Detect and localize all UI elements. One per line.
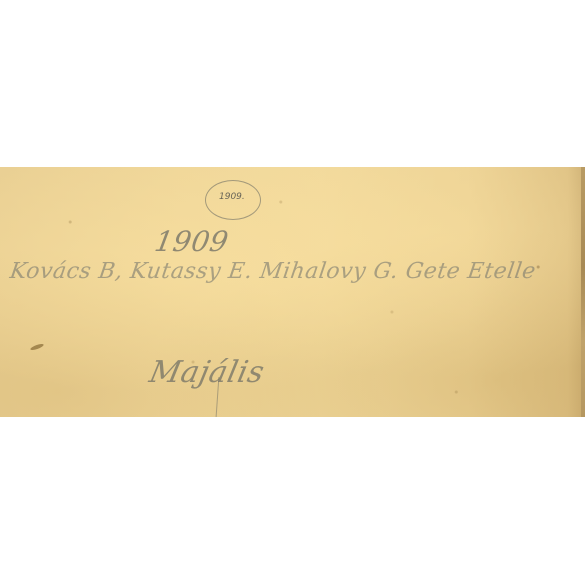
paper-right-edge <box>581 167 585 417</box>
handwritten-year: 1909 <box>152 225 231 258</box>
image-canvas: 1909. 1909 Kovács B, Kutassy E. Mihalovy… <box>0 0 585 585</box>
paper-stain <box>30 343 45 352</box>
photo-back-paper: 1909. 1909 Kovács B, Kutassy E. Mihalovy… <box>0 167 585 417</box>
handwritten-title: Majális <box>146 355 267 390</box>
circled-year-text: 1909. <box>219 192 245 202</box>
circled-year-annotation: 1909. <box>205 180 261 220</box>
handwritten-names: Kovács B, Kutassy E. Mihalovy G. Gete Et… <box>8 259 537 284</box>
